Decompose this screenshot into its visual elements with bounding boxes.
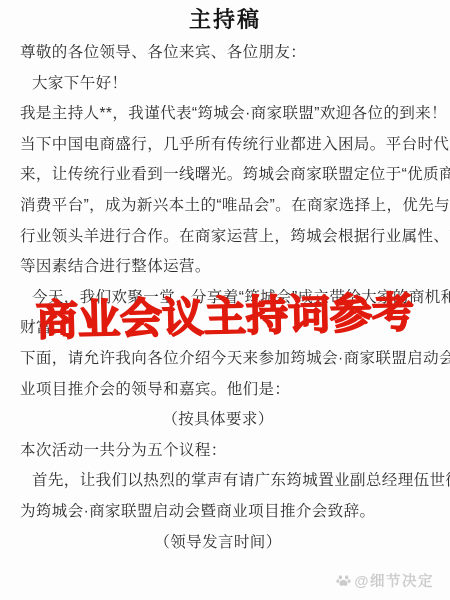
paw-icon [336,573,351,588]
watermark-handle: @细节决定 [354,570,434,591]
corner-watermark: @细节决定 [336,570,434,591]
doc-line: 今天，我们欢聚一堂，分享着“筠城会”成立带给大家的商机和 [20,283,430,314]
doc-line: 我是主持人**，我谨代表“筠城会·商家联盟”欢迎各位的到来！ [20,99,430,130]
document-page: 主持稿 尊敬的各位领导、各位来宾、各位朋友： 大家下午好！ 我是主持人**，我谨… [0,7,450,600]
doc-line: 当下中国电商盛行，几乎所有传统行业都进入困局。平台时代的到 [20,130,430,161]
doc-line: 大家下午好！ [20,69,430,100]
doc-line: 等因素结合进行整体运营。 [20,252,430,283]
doc-line: 业项目推介会的领导和嘉宾。他们是： [20,375,430,406]
doc-line: （按具体要求） [20,405,430,436]
document-body: 尊敬的各位领导、各位来宾、各位朋友： 大家下午好！ 我是主持人**，我谨代表“筠… [0,38,450,558]
doc-line: 本次活动一共分为五个议程： [20,436,430,467]
doc-line: 为筠城会·商家联盟启动会暨商业项目推介会致辞。 [20,497,430,528]
doc-line: 首先，让我们以热烈的掌声有请广东筠城置业副总经理伍世德先生 [20,466,430,497]
page-title: 主持稿 [0,7,450,32]
doc-line: 下面，请允许我向各位介绍今天来参加筠城会·商家联盟启动会暨商 [20,344,430,375]
doc-line: （领导发言时间） [20,528,430,559]
doc-line: 财富。 [20,313,430,344]
doc-line: 行业领头羊进行合作。在商家运营上，筠城会根据行业属性、节日 [20,222,430,253]
doc-line: 来，让传统行业看到一线曙光。筠城会商家联盟定位于“优质商家 [20,160,430,191]
doc-line: 尊敬的各位领导、各位来宾、各位朋友： [20,38,430,69]
doc-line: 消费平台”，成为新兴本土的“唯品会”。在商家选择上，优先与 [20,191,430,222]
